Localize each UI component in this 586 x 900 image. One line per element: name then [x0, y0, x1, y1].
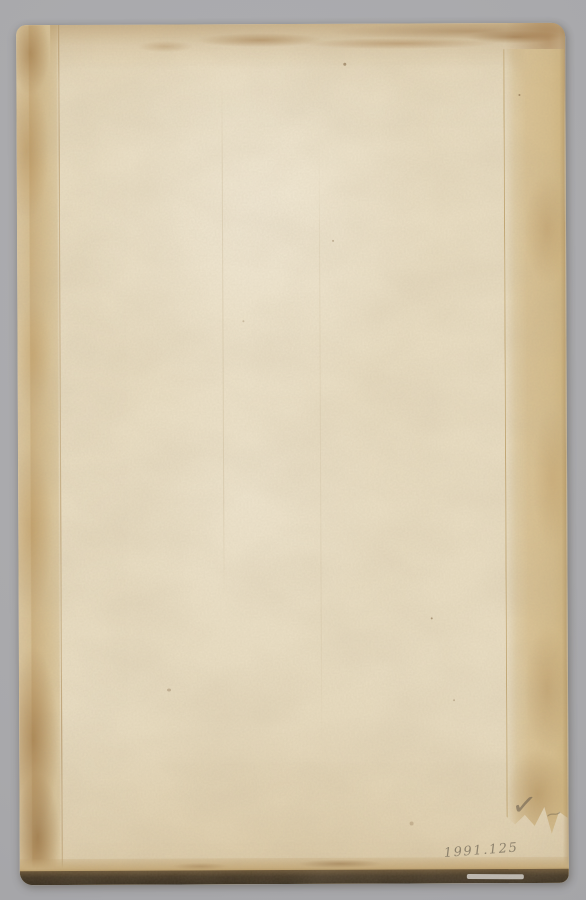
fox-spot	[343, 63, 346, 66]
spine-edge	[16, 25, 63, 873]
fox-spot	[431, 617, 433, 619]
pencil-scribble: ~	[544, 805, 564, 823]
fox-spot	[332, 240, 334, 242]
photo-background: ✓ ~ 1991.125	[0, 0, 586, 900]
fox-spot	[167, 689, 171, 692]
fox-spot	[242, 320, 244, 322]
fox-spot	[518, 94, 520, 96]
adhesive-strip	[503, 49, 567, 837]
pencil-checkmark: ✓	[510, 790, 538, 822]
page-edge-sliver	[467, 874, 524, 879]
book-back-cover: ✓ ~ 1991.125	[16, 23, 569, 885]
fox-spot	[453, 699, 455, 701]
pencil-smudge	[410, 821, 414, 825]
